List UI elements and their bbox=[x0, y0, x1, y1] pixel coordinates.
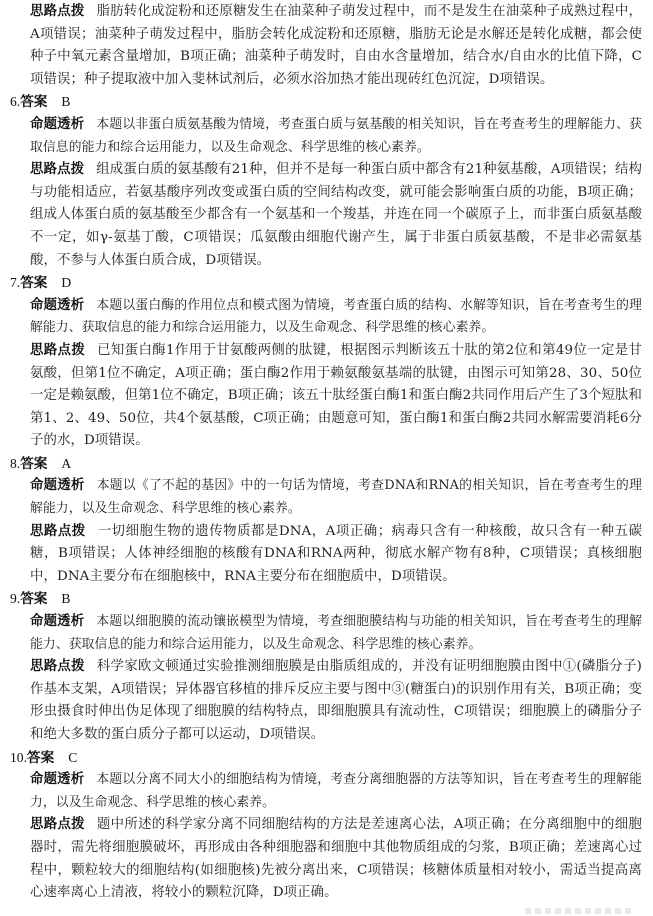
section-label: 思路点拨 bbox=[30, 524, 86, 539]
question-number: 6. bbox=[10, 94, 20, 109]
section-text: 科学家欧文顿通过实验推测细胞膜是由脂质组成的，并没有证明细胞膜由图中①(磷脂分子… bbox=[30, 659, 642, 742]
section-label: 思路点拨 bbox=[30, 4, 85, 19]
section-label: 思路点拨 bbox=[30, 659, 85, 674]
answer-heading: 8.答案A bbox=[10, 453, 653, 476]
section-label: 命题透析 bbox=[30, 117, 84, 132]
section-text: 题中所述的科学家分离不同细胞结构的方法是差速离心法，A项正确；在分离细胞中的细胞… bbox=[30, 817, 642, 900]
answer-label: 答案 bbox=[27, 750, 54, 766]
question-number: 10. bbox=[10, 750, 27, 765]
reasoning-paragraph: 思路点拨脂肪转化成淀粉和还原糖发生在油菜种子萌发过程中，而不是发生在油菜种子成熟… bbox=[30, 1, 642, 91]
section-text: 本题以蛋白酶的作用位点和模式图为情境，考查蛋白质的结构、水解等知识，旨在考查考生… bbox=[30, 298, 642, 336]
answer-key-page: 思路点拨脂肪转化成淀粉和还原糖发生在油菜种子萌发过程中，而不是发生在油菜种子成熟… bbox=[0, 0, 653, 905]
analysis-paragraph: 命题透析本题以细胞膜的流动镶嵌模型为情境，考查细胞膜结构与功能的相关知识，旨在考… bbox=[30, 611, 642, 656]
question-number: 9. bbox=[10, 591, 20, 606]
section-label: 命题透析 bbox=[30, 478, 85, 493]
answer-heading: 9.答案B bbox=[10, 588, 653, 611]
item-9: 9.答案B 命题透析本题以细胞膜的流动镶嵌模型为情境，考查细胞膜结构与功能的相关… bbox=[0, 588, 653, 746]
item-8: 8.答案A 命题透析本题以《了不起的基因》中的一句话为情境，考查DNA和RNA的… bbox=[0, 453, 653, 589]
section-text: 已知蛋白酶1作用于甘氨酸两侧的肽键，根据图示判断该五十肽的第2位和第49位一定是… bbox=[30, 343, 642, 448]
section-text: 本题以《了不起的基因》中的一句话为情境，考查DNA和RNA的相关知识，旨在考查考… bbox=[30, 478, 642, 516]
section-label: 命题透析 bbox=[30, 298, 84, 313]
section-label: 思路点拨 bbox=[30, 817, 85, 832]
reasoning-paragraph: 思路点拨已知蛋白酶1作用于甘氨酸两侧的肽键，根据图示判断该五十肽的第2位和第49… bbox=[30, 340, 642, 453]
answer-value: B bbox=[61, 591, 70, 606]
answer-label: 答案 bbox=[20, 591, 47, 607]
answer-heading: 10.答案C bbox=[10, 747, 653, 770]
reasoning-paragraph: 思路点拨题中所述的科学家分离不同细胞结构的方法是差速离心法，A项正确；在分离细胞… bbox=[30, 814, 642, 904]
section-text: 组成蛋白质的氨基酸有21种，但并不是每一种蛋白质中都含有21种氨基酸，A项错误；… bbox=[30, 162, 642, 267]
item-7: 7.答案D 命题透析本题以蛋白酶的作用位点和模式图为情境，考查蛋白质的结构、水解… bbox=[0, 272, 653, 453]
section-label: 命题透析 bbox=[30, 614, 84, 629]
section-text: 本题以非蛋白质氨基酸为情境，考查蛋白质与氨基酸的相关知识，旨在考查考生的理解能力… bbox=[30, 117, 642, 155]
item-5-continuation: 思路点拨脂肪转化成淀粉和还原糖发生在油菜种子萌发过程中，而不是发生在油菜种子成熟… bbox=[0, 0, 653, 91]
answer-heading: 7.答案D bbox=[10, 272, 653, 295]
item-10: 10.答案C 命题透析本题以分离不同大小的细胞结构为情境，考查分离细胞器的方法等… bbox=[0, 747, 653, 905]
answer-value: C bbox=[68, 750, 77, 765]
watermark-mark bbox=[525, 908, 635, 914]
answer-heading: 6.答案B bbox=[10, 91, 653, 114]
question-number: 7. bbox=[10, 275, 20, 290]
section-text: 脂肪转化成淀粉和还原糖发生在油菜种子萌发过程中，而不是发生在油菜种子成熟过程中，… bbox=[30, 4, 642, 87]
section-label: 命题透析 bbox=[30, 772, 84, 787]
item-6: 6.答案B 命题透析本题以非蛋白质氨基酸为情境，考查蛋白质与氨基酸的相关知识，旨… bbox=[0, 91, 653, 272]
answer-label: 答案 bbox=[20, 456, 47, 472]
section-text: 一切细胞生物的遗传物质都是DNA，A项正确；病毒只含有一种核酸，故只含有一种五碳… bbox=[30, 524, 642, 584]
answer-value: A bbox=[61, 456, 71, 471]
analysis-paragraph: 命题透析本题以非蛋白质氨基酸为情境，考查蛋白质与氨基酸的相关知识，旨在考查考生的… bbox=[30, 114, 642, 159]
answer-value: D bbox=[61, 275, 71, 290]
analysis-paragraph: 命题透析本题以蛋白酶的作用位点和模式图为情境，考查蛋白质的结构、水解等知识，旨在… bbox=[30, 295, 642, 340]
answer-label: 答案 bbox=[20, 94, 47, 110]
question-number: 8. bbox=[10, 456, 20, 471]
section-label: 思路点拨 bbox=[30, 162, 84, 177]
reasoning-paragraph: 思路点拨组成蛋白质的氨基酸有21种，但并不是每一种蛋白质中都含有21种氨基酸，A… bbox=[30, 159, 642, 272]
answer-value: B bbox=[61, 94, 70, 109]
analysis-paragraph: 命题透析本题以分离不同大小的细胞结构为情境，考查分离细胞器的方法等知识，旨在考查… bbox=[30, 769, 642, 814]
reasoning-paragraph: 思路点拨科学家欧文顿通过实验推测细胞膜是由脂质组成的，并没有证明细胞膜由图中①(… bbox=[30, 656, 642, 746]
reasoning-paragraph: 思路点拨一切细胞生物的遗传物质都是DNA，A项正确；病毒只含有一种核酸，故只含有… bbox=[30, 521, 642, 589]
section-text: 本题以分离不同大小的细胞结构为情境，考查分离细胞器的方法等知识，旨在考查考生的理… bbox=[30, 772, 642, 810]
section-text: 本题以细胞膜的流动镶嵌模型为情境，考查细胞膜结构与功能的相关知识，旨在考查考生的… bbox=[30, 614, 642, 652]
analysis-paragraph: 命题透析本题以《了不起的基因》中的一句话为情境，考查DNA和RNA的相关知识，旨… bbox=[30, 475, 642, 520]
answer-label: 答案 bbox=[20, 275, 47, 291]
section-label: 思路点拨 bbox=[30, 343, 85, 358]
